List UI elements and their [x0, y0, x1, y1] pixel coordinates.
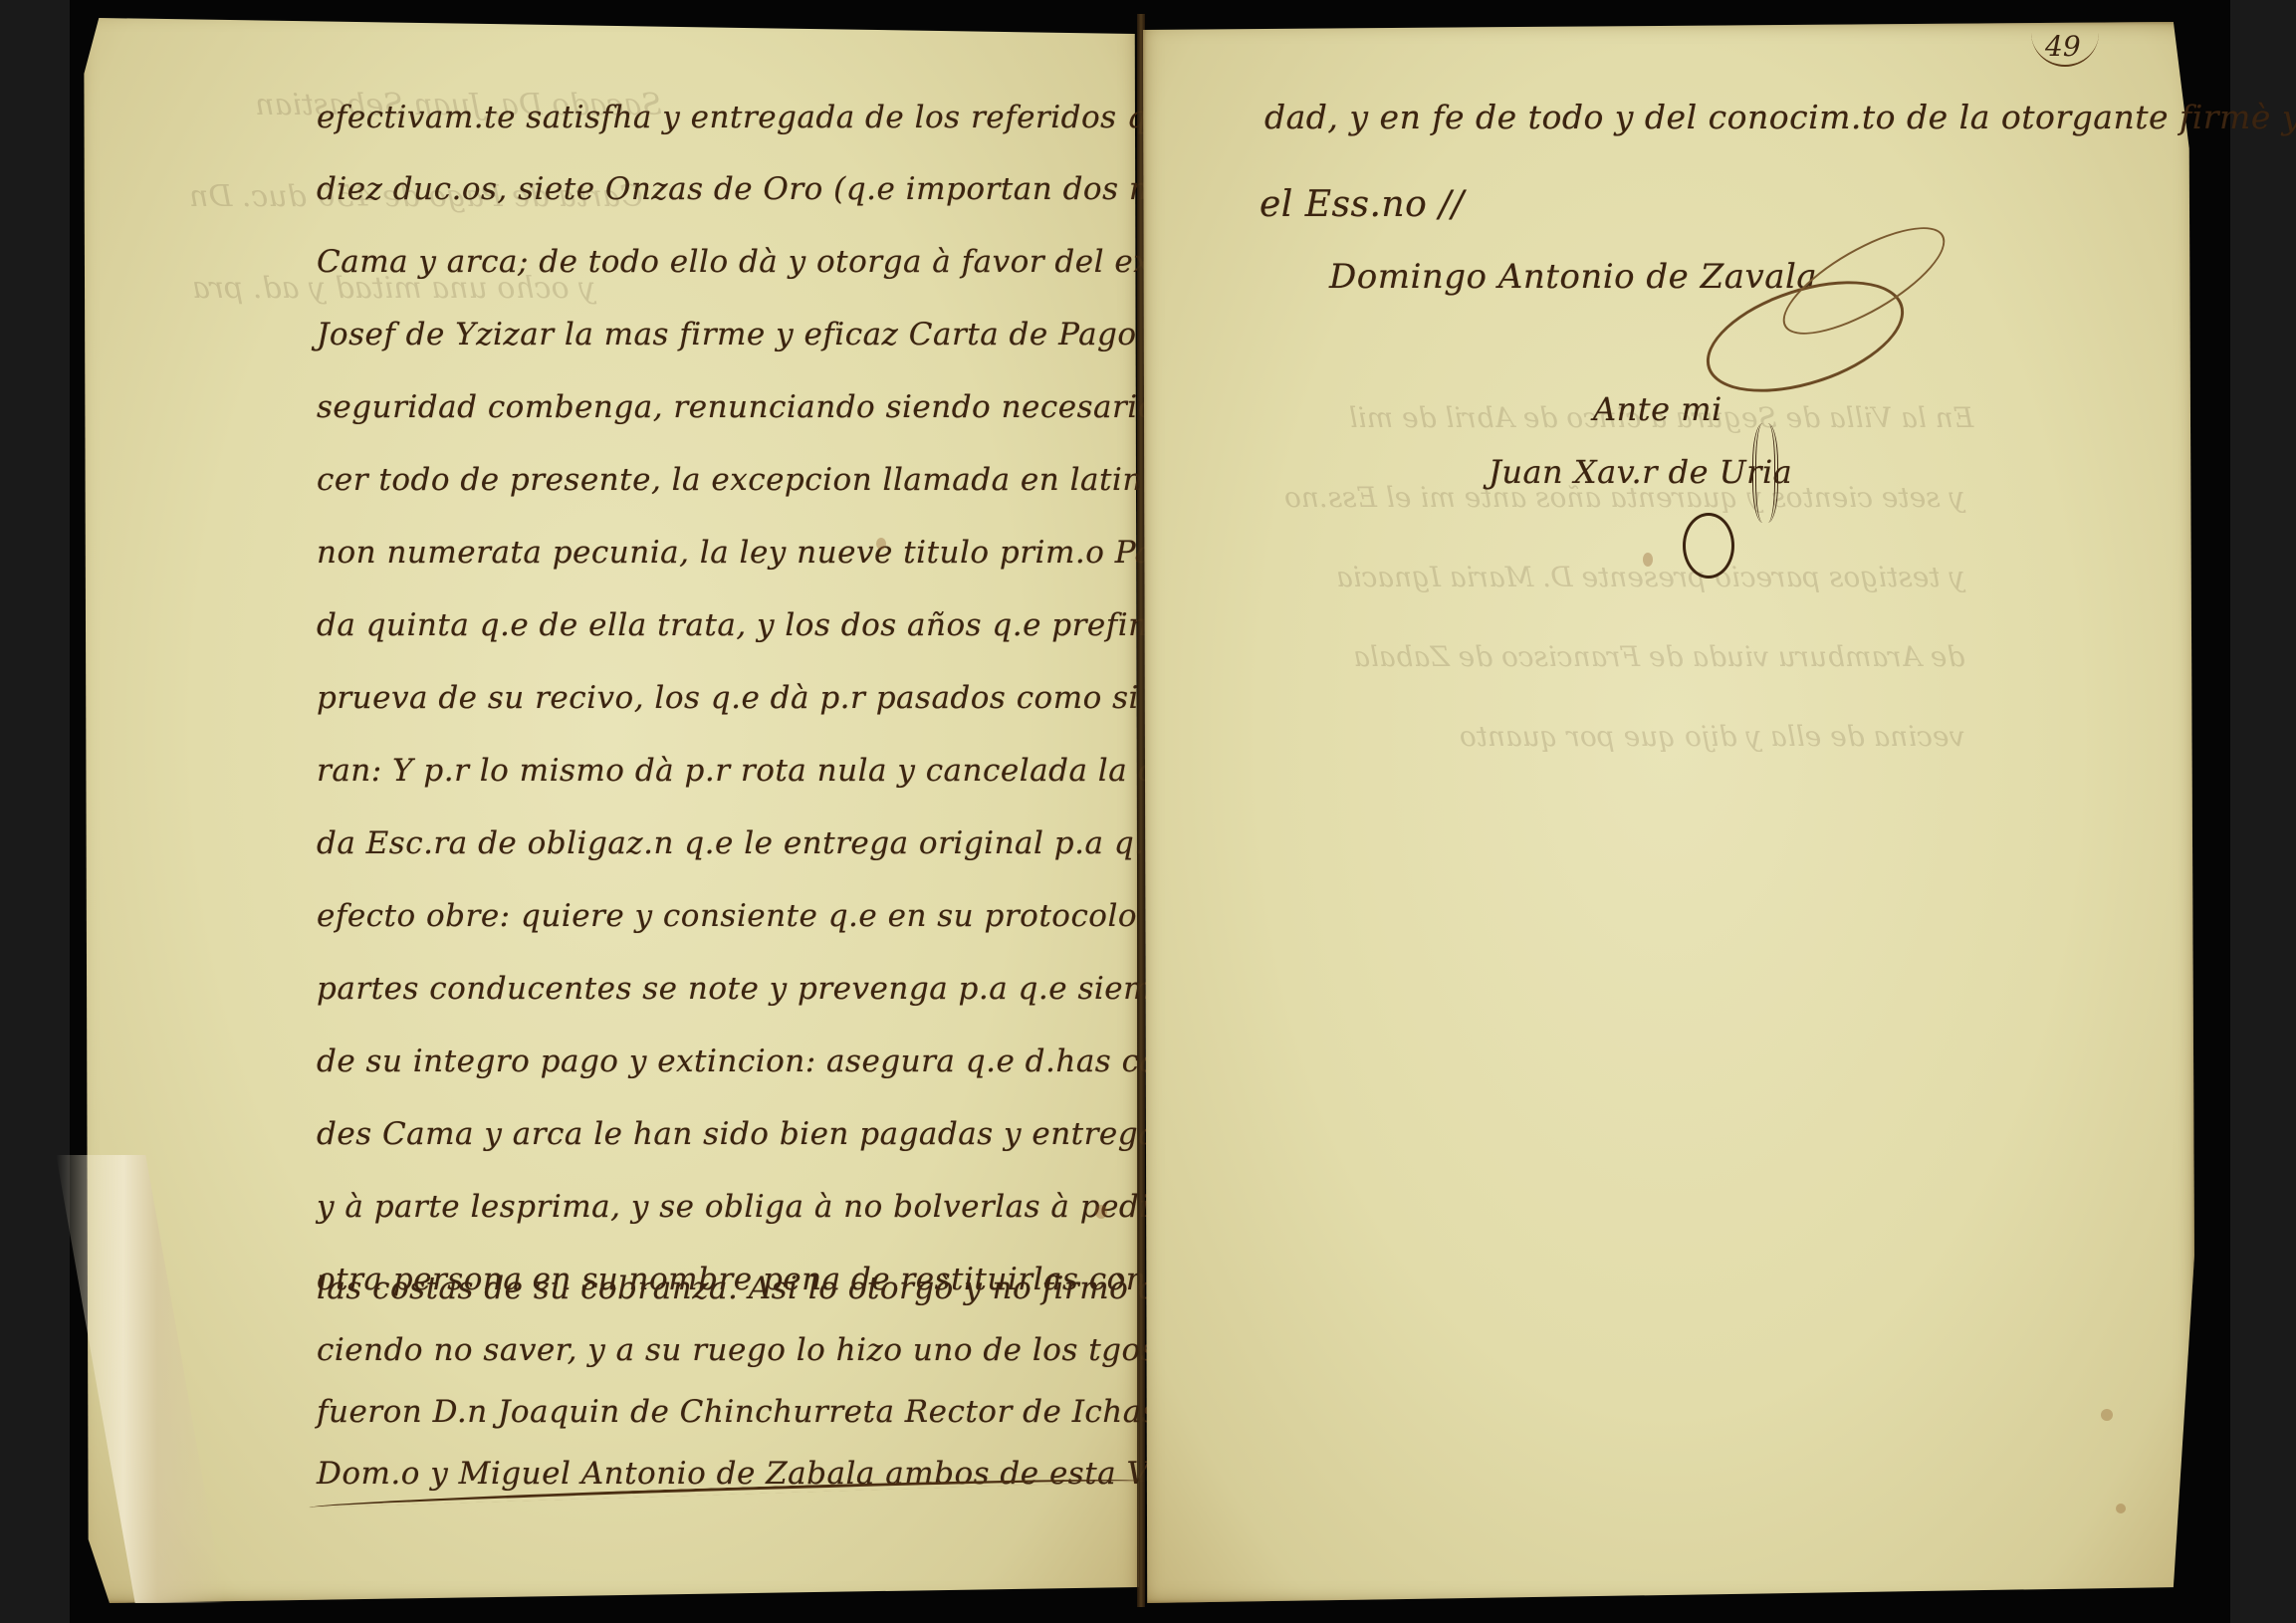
manuscript-line: da quinta q.e de ella trata, y los dos a…	[317, 607, 1266, 643]
manuscript-line: cer todo de presente, la excepcion llama…	[317, 462, 1232, 498]
manuscript-line: des Cama y arca le han sido bien pagadas…	[317, 1116, 1213, 1152]
ink-stain	[1095, 1205, 1107, 1219]
signature-domingo-antonio-de-zavala: Domingo Antonio de Zavala	[1329, 257, 1817, 297]
ink-stain	[1643, 553, 1653, 567]
manuscript-line: Josef de Yzizar la mas firme y eficaz Ca…	[317, 317, 1272, 352]
notary-rubric-coil	[1683, 513, 1734, 579]
ink-stain	[2101, 1409, 2113, 1421]
manuscript-line: de su integro pago y extincion: asegura …	[317, 1043, 1253, 1079]
ante-mi-label: Ante mi	[1593, 390, 1722, 428]
ink-stain	[2116, 1504, 2126, 1513]
manuscript-line: el Ess.no //	[1260, 184, 1465, 225]
manuscript-line: dad, y en fe de todo y del conocim.to de…	[1264, 98, 2296, 136]
ink-stain	[876, 538, 886, 550]
manuscript-line: y à parte lesprima, y se obliga à no bol…	[317, 1189, 1206, 1225]
manuscript-line: efecto obre: quiere y consiente q.e en s…	[317, 898, 1279, 934]
notary-rubric-stem	[1752, 423, 1778, 523]
manuscript-line: fueron D.n Joaquin de Chinchurreta Recto…	[317, 1394, 1253, 1430]
manuscript-line: las costas de su cobranza. Asi lo otorgò…	[317, 1271, 1180, 1306]
manuscript-line: ran: Y p.r lo mismo dà p.r rota nula y c…	[317, 753, 1209, 789]
manuscript-line: ciendo no saver, y a su ruego lo hizo un…	[317, 1332, 1237, 1368]
signature-notary-juan-xavier-de-uria: Juan Xav.r de Uria	[1489, 453, 1792, 491]
manuscript-line: non numerata pecunia, la ley nueve titul…	[317, 535, 1203, 571]
manuscript-line: Cama y arca; de todo ello dà y otorga à …	[317, 244, 1280, 280]
